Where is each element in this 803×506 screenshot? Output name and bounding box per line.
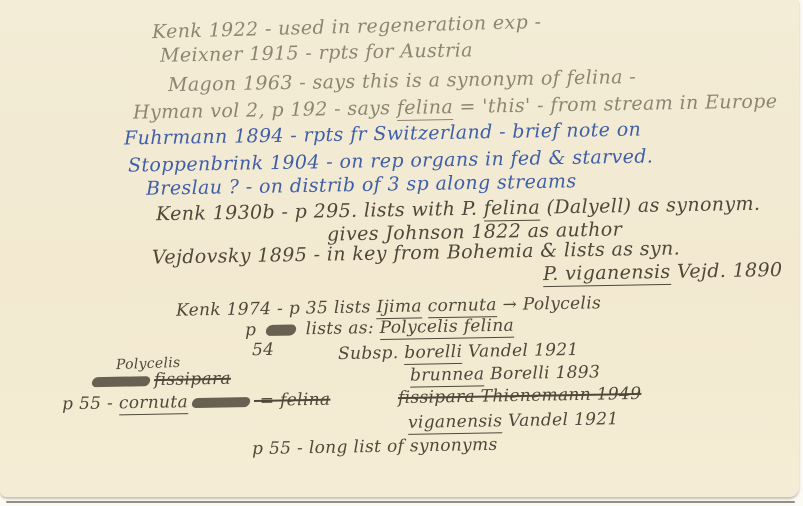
scan-edge-shadow: [6, 501, 795, 503]
text-segment: = 'this' - from stream in Europe: [453, 90, 778, 118]
text-segment: 54: [252, 340, 275, 360]
text-segment: Fuhrmann 1894 - rpts fr Switzerland - br…: [124, 118, 642, 149]
text-segment: p 55 -: [62, 393, 119, 414]
text-segment: Kenk 1974 - p 35 lists: [176, 297, 377, 320]
text-segment: (Dalyell) as synonym.: [540, 193, 761, 219]
underlined-term: cornuta: [119, 392, 189, 415]
text-segment: Subsp.: [338, 343, 405, 364]
underlined-term: felina: [397, 96, 454, 121]
note-kenk-1922: Kenk 1922 - used in regeneration exp -: [152, 11, 542, 43]
note-hyman-vol2: Hyman vol 2, p 192 - says felina = 'this…: [133, 90, 778, 123]
note-subsp-borelli: Subsp. borelli Vandel 1921: [338, 340, 579, 364]
text-segment: Vandel 1921: [502, 409, 619, 431]
underlined-term: Polycelis felina: [379, 316, 514, 340]
text-segment: Borelli 1893: [484, 362, 600, 384]
note-p55-cornuta: p 55 - cornuta = felina: [62, 390, 331, 415]
underlined-term: felina: [484, 197, 541, 222]
note-viganensis-vandel: viganensis Vandel 1921: [408, 409, 619, 433]
note-card: Kenk 1922 - used in regeneration exp - M…: [0, 0, 799, 497]
text-segment: Meixner 1915 - rpts for Austria: [160, 39, 473, 66]
ink-scribble: [91, 376, 151, 387]
underlined-term: Ijima: [376, 296, 422, 319]
note-fuhrmann-1894: Fuhrmann 1894 - rpts fr Switzerland - br…: [124, 118, 642, 149]
note-p55-synonyms: p 55 - long list of synonyms: [252, 435, 498, 459]
note-page54-correction: 54: [252, 340, 275, 360]
struck-term: fissipara Thienemann 1949: [398, 384, 642, 408]
text-segment: Magon 1963 - says this is a synonym of f…: [168, 66, 636, 96]
note-magon-1963: Magon 1963 - says this is a synonym of f…: [168, 66, 636, 96]
note-page54-lists: p lists as: Polycelis felina: [245, 316, 514, 341]
text-segment: Vandel 1921: [462, 340, 579, 362]
note-viganensis-vejd: P. viganensis Vejd. 1890: [543, 259, 783, 285]
text-segment: → Polycelis: [497, 293, 602, 315]
scanned-index-card: Kenk 1922 - used in regeneration exp - M…: [0, 0, 803, 506]
underlined-term: viganensis: [408, 411, 503, 435]
ink-scribble: [191, 397, 251, 408]
note-meixner-1915: Meixner 1915 - rpts for Austria: [160, 39, 473, 66]
text-segment: Kenk 1922 - used in regeneration exp -: [152, 11, 542, 43]
underlined-term: brunnea: [410, 364, 485, 387]
underlined-term: P. viganensis: [543, 261, 671, 287]
note-margin-fissipara: fissipara: [88, 369, 231, 391]
ink-scribble: [265, 324, 297, 336]
text-segment: Hyman vol 2, p 192 - says: [133, 97, 397, 124]
text-segment: p: [245, 320, 262, 340]
note-kenk-1974: Kenk 1974 - p 35 lists Ijima cornuta → P…: [176, 293, 601, 320]
note-brunnea: brunnea Borelli 1893: [410, 362, 600, 385]
text-segment: lists as:: [300, 318, 380, 339]
struck-term: fissipara: [154, 369, 231, 390]
struck-term: = felina: [254, 390, 331, 411]
note-fissipara-thienemann: fissipara Thienemann 1949: [398, 384, 642, 408]
text-segment: Vejd. 1890: [670, 259, 782, 283]
underlined-term: cornuta: [427, 295, 497, 318]
underlined-term: borelli: [404, 342, 462, 365]
text-segment: p 55 - long list of synonyms: [252, 435, 498, 459]
